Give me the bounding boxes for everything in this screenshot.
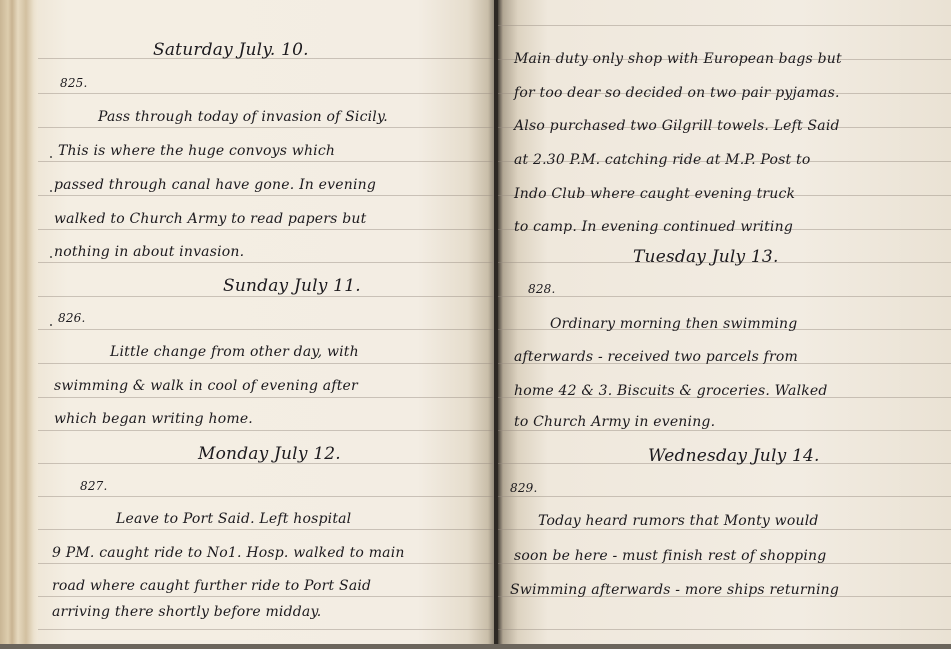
entry-number: 826.	[58, 311, 86, 325]
entry-number: 827.	[80, 479, 108, 493]
entry-text-line: afterwards - received two parcels from	[514, 349, 798, 365]
entry-number: 828.	[528, 282, 556, 296]
right-page: Main duty only shop with European bags b…	[498, 0, 951, 646]
entry-text-line: which began writing home.	[54, 411, 253, 427]
ruled-line	[498, 296, 951, 297]
ruled-line	[38, 93, 495, 94]
ruled-line	[38, 496, 495, 497]
entry-text-line: Indo Club where caught evening truck	[514, 186, 795, 202]
entry-text-line: at 2.30 P.M. catching ride at M.P. Post …	[514, 152, 810, 168]
ruled-line	[38, 596, 495, 597]
book-bottom-edge	[0, 644, 951, 649]
entry-text-line: home 42 & 3. Biscuits & groceries. Walke…	[514, 383, 828, 399]
ruled-line	[498, 629, 951, 630]
entry-date-heading: Saturday July. 10.	[153, 40, 309, 60]
ruled-line	[38, 161, 495, 162]
entry-text-line: Pass through today of invasion of Sicily…	[98, 109, 388, 125]
margin-mark	[50, 324, 52, 326]
ruled-line	[38, 397, 495, 398]
margin-mark	[50, 190, 52, 192]
ruled-line	[498, 25, 951, 26]
ruled-line	[498, 496, 951, 497]
page-edges	[0, 0, 40, 649]
entry-text-line: soon be here - must finish rest of shopp…	[514, 548, 826, 564]
margin-mark	[50, 156, 52, 158]
ruled-line	[498, 529, 951, 530]
entry-date-heading: Monday July 12.	[198, 444, 341, 464]
entry-text-line: for too dear so decided on two pair pyja…	[514, 85, 840, 101]
ruled-line	[498, 430, 951, 431]
entry-text-line: road where caught further ride to Port S…	[52, 578, 371, 594]
entry-text-line: to camp. In evening continued writing	[514, 219, 793, 235]
ruled-line	[38, 430, 495, 431]
left-page: Saturday July. 10. 825. Pass through tod…	[38, 0, 495, 646]
ruled-line	[38, 563, 495, 564]
entry-text-line: Swimming afterwards - more ships returni…	[510, 582, 839, 598]
entry-text-line: This is where the huge convoys which	[58, 143, 335, 159]
entry-text-line: passed through canal have gone. In eveni…	[54, 177, 376, 193]
entry-text-line: Also purchased two Gilgrill towels. Left…	[514, 118, 840, 134]
entry-text-line: Today heard rumors that Monty would	[538, 513, 819, 529]
ruled-line	[38, 262, 495, 263]
entry-date-heading: Tuesday July 13.	[633, 247, 779, 267]
entry-text-line: swimming & walk in cool of evening after	[54, 378, 358, 394]
entry-text-line: arriving there shortly before midday.	[52, 604, 321, 620]
ruled-line	[38, 629, 495, 630]
margin-mark	[50, 256, 52, 258]
entry-text-line: Leave to Port Said. Left hospital	[116, 511, 351, 527]
ruled-line	[38, 329, 495, 330]
ruled-line	[38, 195, 495, 196]
entry-text-line: nothing in about invasion.	[54, 244, 244, 260]
entry-text-line: Ordinary morning then swimming	[550, 316, 797, 332]
entry-date-heading: Wednesday July 14.	[648, 446, 820, 466]
entry-text-line: to Church Army in evening.	[514, 414, 715, 430]
ruled-line	[38, 296, 495, 297]
entry-date-heading: Sunday July 11.	[223, 276, 361, 296]
entry-text-line: 9 PM. caught ride to No1. Hosp. walked t…	[52, 545, 405, 561]
ruled-line	[38, 363, 495, 364]
entry-text-line: Main duty only shop with European bags b…	[514, 51, 842, 67]
ruled-line	[38, 529, 495, 530]
open-diary: Saturday July. 10. 825. Pass through tod…	[0, 0, 951, 649]
entry-text-line: walked to Church Army to read papers but	[54, 211, 366, 227]
ruled-line	[38, 127, 495, 128]
entry-number: 829.	[510, 481, 538, 495]
ruled-line	[38, 229, 495, 230]
entry-text-line: Little change from other day, with	[110, 344, 359, 360]
entry-number: 825.	[60, 76, 88, 90]
